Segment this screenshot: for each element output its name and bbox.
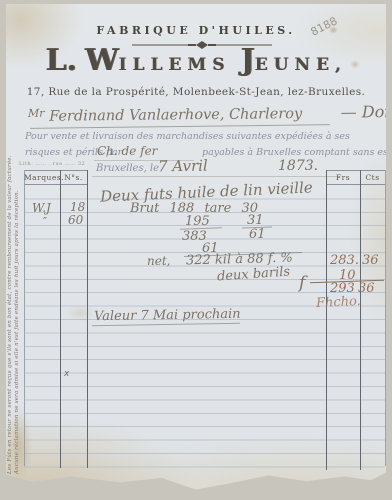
terms-line1: Pour vente et livraison des marchandises… [25, 131, 350, 142]
lithographer-imprint: Lith. …… , rue …… 32 [19, 161, 85, 167]
table-header-top-right [326, 170, 385, 171]
company-initial-w: W [85, 46, 119, 76]
centimes-column-rule [360, 170, 361, 470]
dateline-year: 1873. [278, 158, 318, 174]
sum-tare: 61 [249, 227, 266, 242]
table-header-bottom-right [326, 184, 385, 185]
foxing-stain [350, 60, 360, 69]
company-name-jeune: EUNE, [255, 55, 347, 75]
column-header-centimes: Cts [360, 173, 385, 182]
row1-numero: 18 [70, 200, 85, 214]
foxing-stain [6, 404, 32, 484]
francs-column-rule [326, 170, 327, 470]
marques-column-rule [60, 170, 61, 468]
foxing-stain [66, 304, 96, 322]
terms-line2b: payables à Bruxelles comptant sans es- [202, 147, 391, 158]
payment-due-line: Valeur 7 Mai prochain [94, 307, 241, 325]
company-initial-l: L. [45, 46, 77, 76]
net-label: net, [147, 254, 170, 268]
table-right-edge-rule [385, 170, 386, 466]
row2-tare: 31 [247, 213, 264, 228]
invoice-paper: FABRIQUE D'HUILES. L. W ILLEMS J EUNE, 1… [6, 4, 386, 493]
net-amount-centimes: 36 [362, 253, 379, 268]
table-header-bottom-left [24, 184, 87, 185]
column-header-francs: Frs [326, 173, 360, 182]
row2-marque: ″ [43, 215, 47, 228]
dateline-print: Bruxelles, le [96, 163, 159, 174]
row2-numero: 60 [68, 213, 83, 227]
row1-marque: W.J [32, 201, 51, 215]
signature-paraph: Fhcho. [316, 294, 362, 311]
carrier-handwritten: Ch. de fer [97, 144, 157, 158]
doit-label: — Doit [341, 102, 392, 122]
company-name: L. W ILLEMS J EUNE, [6, 46, 386, 76]
row2-brut: 195 [185, 214, 210, 229]
pencil-check-mark: x [64, 369, 69, 379]
column-header-numero: N°s. [60, 173, 87, 182]
company-initial-j: J [240, 46, 254, 76]
total-currency-sign: f [299, 273, 305, 293]
dateline-underline [92, 176, 340, 177]
scanned-invoice-page: { "colors": { "paper": "#e1e5e8", "print… [0, 0, 392, 500]
dateline-handwritten: 7 Avril [158, 157, 208, 176]
addressee-name: Ferdinand Vanlaerhove, Charleroy [49, 106, 302, 125]
addressee-line: Mr Ferdinand Vanlaerhove, Charleroy — Do… [28, 102, 392, 125]
foxing-stain [329, 26, 338, 34]
column-header-marques: Marques. [24, 173, 60, 182]
net-amount-francs: 283. [330, 253, 359, 268]
table-header-top-left [24, 170, 87, 171]
company-address: 17, Rue de la Prospérité, Molenbeek-St-J… [6, 86, 386, 98]
addressee-prefix: Mr [28, 107, 45, 120]
company-name-willems: ILLEMS [118, 55, 230, 75]
addressee-underline [30, 124, 330, 129]
